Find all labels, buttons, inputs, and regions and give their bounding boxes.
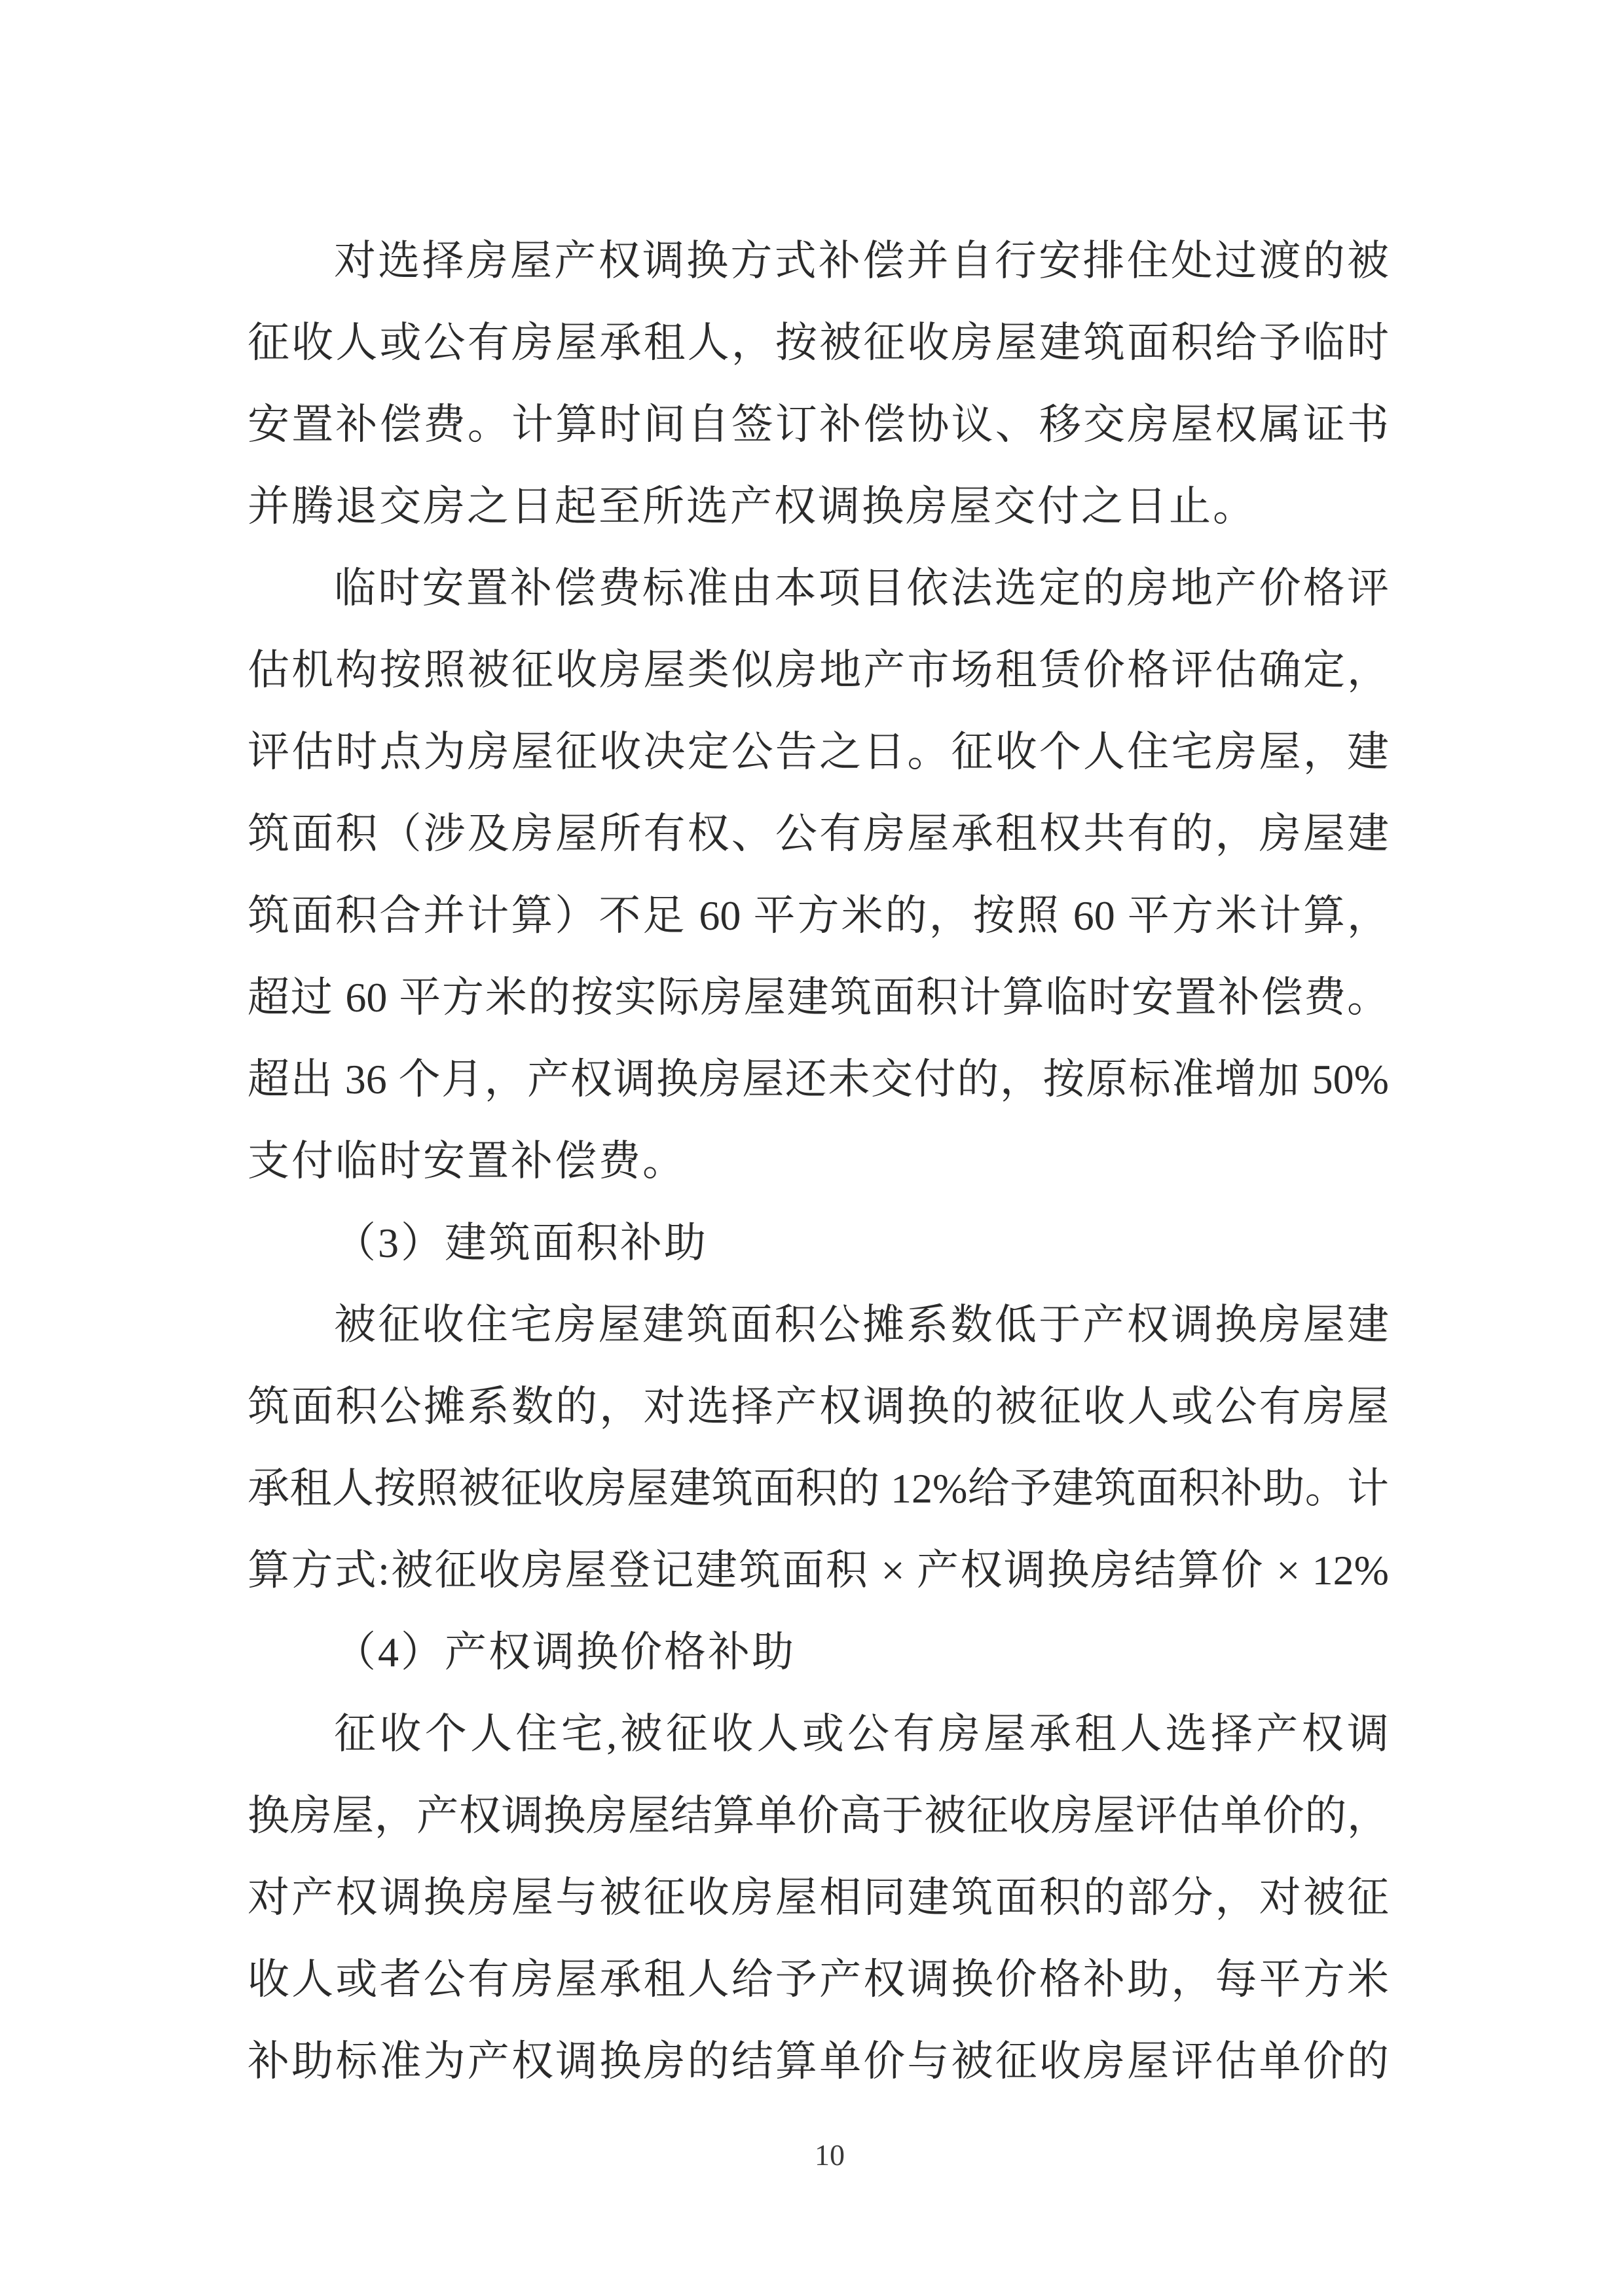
text-line: 估机构按照被征收房屋类似房地产市场租赁价格评估确定，	[248, 629, 1389, 711]
text-line: 补助标准为产权调换房的结算单价与被征收房屋评估单价的	[248, 2020, 1389, 2102]
text-line: （3）建筑面积补助	[248, 1202, 1389, 1284]
text-line: 对选择房屋产权调换方式补偿并自行安排住处过渡的被	[248, 220, 1389, 302]
text-line: 被征收住宅房屋建筑面积公摊系数低于产权调换房屋建	[248, 1284, 1389, 1366]
page-number: 10	[0, 2136, 1624, 2175]
text-line: 筑面积（涉及房屋所有权、公有房屋承租权共有的，房屋建	[248, 793, 1389, 875]
text-line: （4）产权调换价格补助	[248, 1611, 1389, 1693]
text-line: 对产权调换房屋与被征收房屋相同建筑面积的部分，对被征	[248, 1857, 1389, 1939]
text-line: 评估时点为房屋征收决定公告之日。征收个人住宅房屋，建	[248, 711, 1389, 793]
text-line: 征收人或公有房屋承租人，按被征收房屋建筑面积给予临时	[248, 302, 1389, 384]
text-line: 并腾退交房之日起至所选产权调换房屋交付之日止。	[248, 465, 1389, 547]
text-line: 临时安置补偿费标准由本项目依法选定的房地产价格评	[248, 547, 1389, 629]
text-line: 承租人按照被征收房屋建筑面积的 12%给予建筑面积补助。计	[248, 1448, 1389, 1529]
text-line: 算方式:被征收房屋登记建筑面积 × 产权调换房结算价 × 12%	[248, 1529, 1389, 1611]
text-line: 支付临时安置补偿费。	[248, 1120, 1389, 1202]
text-line: 超出 36 个月，产权调换房屋还未交付的，按原标准增加 50%	[248, 1038, 1389, 1120]
text-line: 收人或者公有房屋承租人给予产权调换价格补助，每平方米	[248, 1939, 1389, 2020]
text-line: 筑面积公摊系数的，对选择产权调换的被征收人或公有房屋	[248, 1366, 1389, 1448]
text-line: 超过 60 平方米的按实际房屋建筑面积计算临时安置补偿费。	[248, 957, 1389, 1038]
text-line: 换房屋，产权调换房屋结算单价高于被征收房屋评估单价的，	[248, 1775, 1389, 1857]
text-line: 安置补偿费。计算时间自签订补偿协议、移交房屋权属证书	[248, 384, 1389, 465]
document-page: 对选择房屋产权调换方式补偿并自行安排住处过渡的被征收人或公有房屋承租人，按被征收…	[0, 0, 1624, 2296]
document-text: 对选择房屋产权调换方式补偿并自行安排住处过渡的被征收人或公有房屋承租人，按被征收…	[248, 220, 1389, 2102]
text-line: 征收个人住宅,被征收人或公有房屋承租人选择产权调	[248, 1693, 1389, 1775]
text-line: 筑面积合并计算）不足 60 平方米的，按照 60 平方米计算，	[248, 875, 1389, 957]
